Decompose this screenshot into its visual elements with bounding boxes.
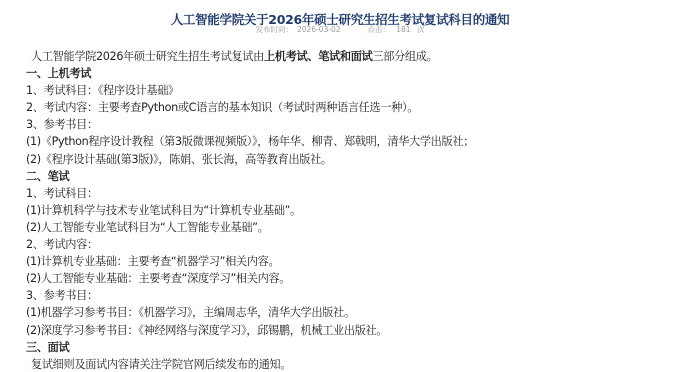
intro-text-after: 三部分组成。 <box>372 50 437 63</box>
publish-date: 2026-03-02 <box>297 25 341 34</box>
intro-paragraph: 人工智能学院2026年硕士研究生招生考试复试由上机考试、笔试和面试三部分组成。 <box>26 48 666 65</box>
list-item: (2)人工智能专业基础：主要考查“深度学习”相关内容。 <box>26 270 666 287</box>
section-heading-written-exam: 二、笔试 <box>26 168 666 185</box>
list-item: (1)计算机科学与技术专业笔试科目为“计算机专业基础”。 <box>26 202 666 219</box>
list-item: (1)机器学习参考书目：《机器学习》，主编周志华，清华大学出版社。 <box>26 304 666 321</box>
list-item: (2)《程序设计基础(第3版)》，陈娟、张长海，高等教育出版社。 <box>26 151 666 168</box>
list-item: (2)深度学习参考书目：《神经网络与深度学习》，邱锡鹏，机械工业出版社。 <box>26 322 666 339</box>
list-item: 2、考试内容： <box>26 236 666 253</box>
intro-text-bold: 上机考试、笔试和面试 <box>264 50 372 63</box>
clicks-label: 点击： <box>367 25 390 34</box>
list-item: 3、参考书目： <box>26 287 666 304</box>
article-meta: 发布时间：2026-03-02 点击： 181 次 <box>0 24 680 36</box>
list-item: (2)人工智能专业笔试科目为“人工智能专业基础”。 <box>26 219 666 236</box>
clicks-unit: 次 <box>417 25 425 34</box>
section-heading-interview: 三、面试 <box>26 339 666 356</box>
list-item: (1)计算机专业基础：主要考查“机器学习”相关内容。 <box>26 253 666 270</box>
article-body: 人工智能学院2026年硕士研究生招生考试复试由上机考试、笔试和面试三部分组成。 … <box>26 48 666 372</box>
list-item: (1)《Python程序设计教程（第3版微课视频版）》，杨年华、柳青、郑戟明，清… <box>26 133 666 150</box>
publish-time-label: 发布时间： <box>256 25 294 34</box>
intro-text-before: 人工智能学院2026年硕士研究生招生考试复试由 <box>31 50 264 63</box>
section-heading-computer-exam: 一、上机考试 <box>26 65 666 82</box>
list-item: 1、考试科目： <box>26 185 666 202</box>
clicks-count: 181 <box>396 25 410 34</box>
list-item: 1、考试科目：《程序设计基础》 <box>26 82 666 99</box>
list-item: 2、考试内容：主要考查Python或C语言的基本知识（考试时两种语言任选一种）。 <box>26 99 666 116</box>
list-item: 3、参考书目： <box>26 116 666 133</box>
interview-note: 复试细则及面试内容请关注学院官网后续发布的通知。 <box>26 356 666 372</box>
